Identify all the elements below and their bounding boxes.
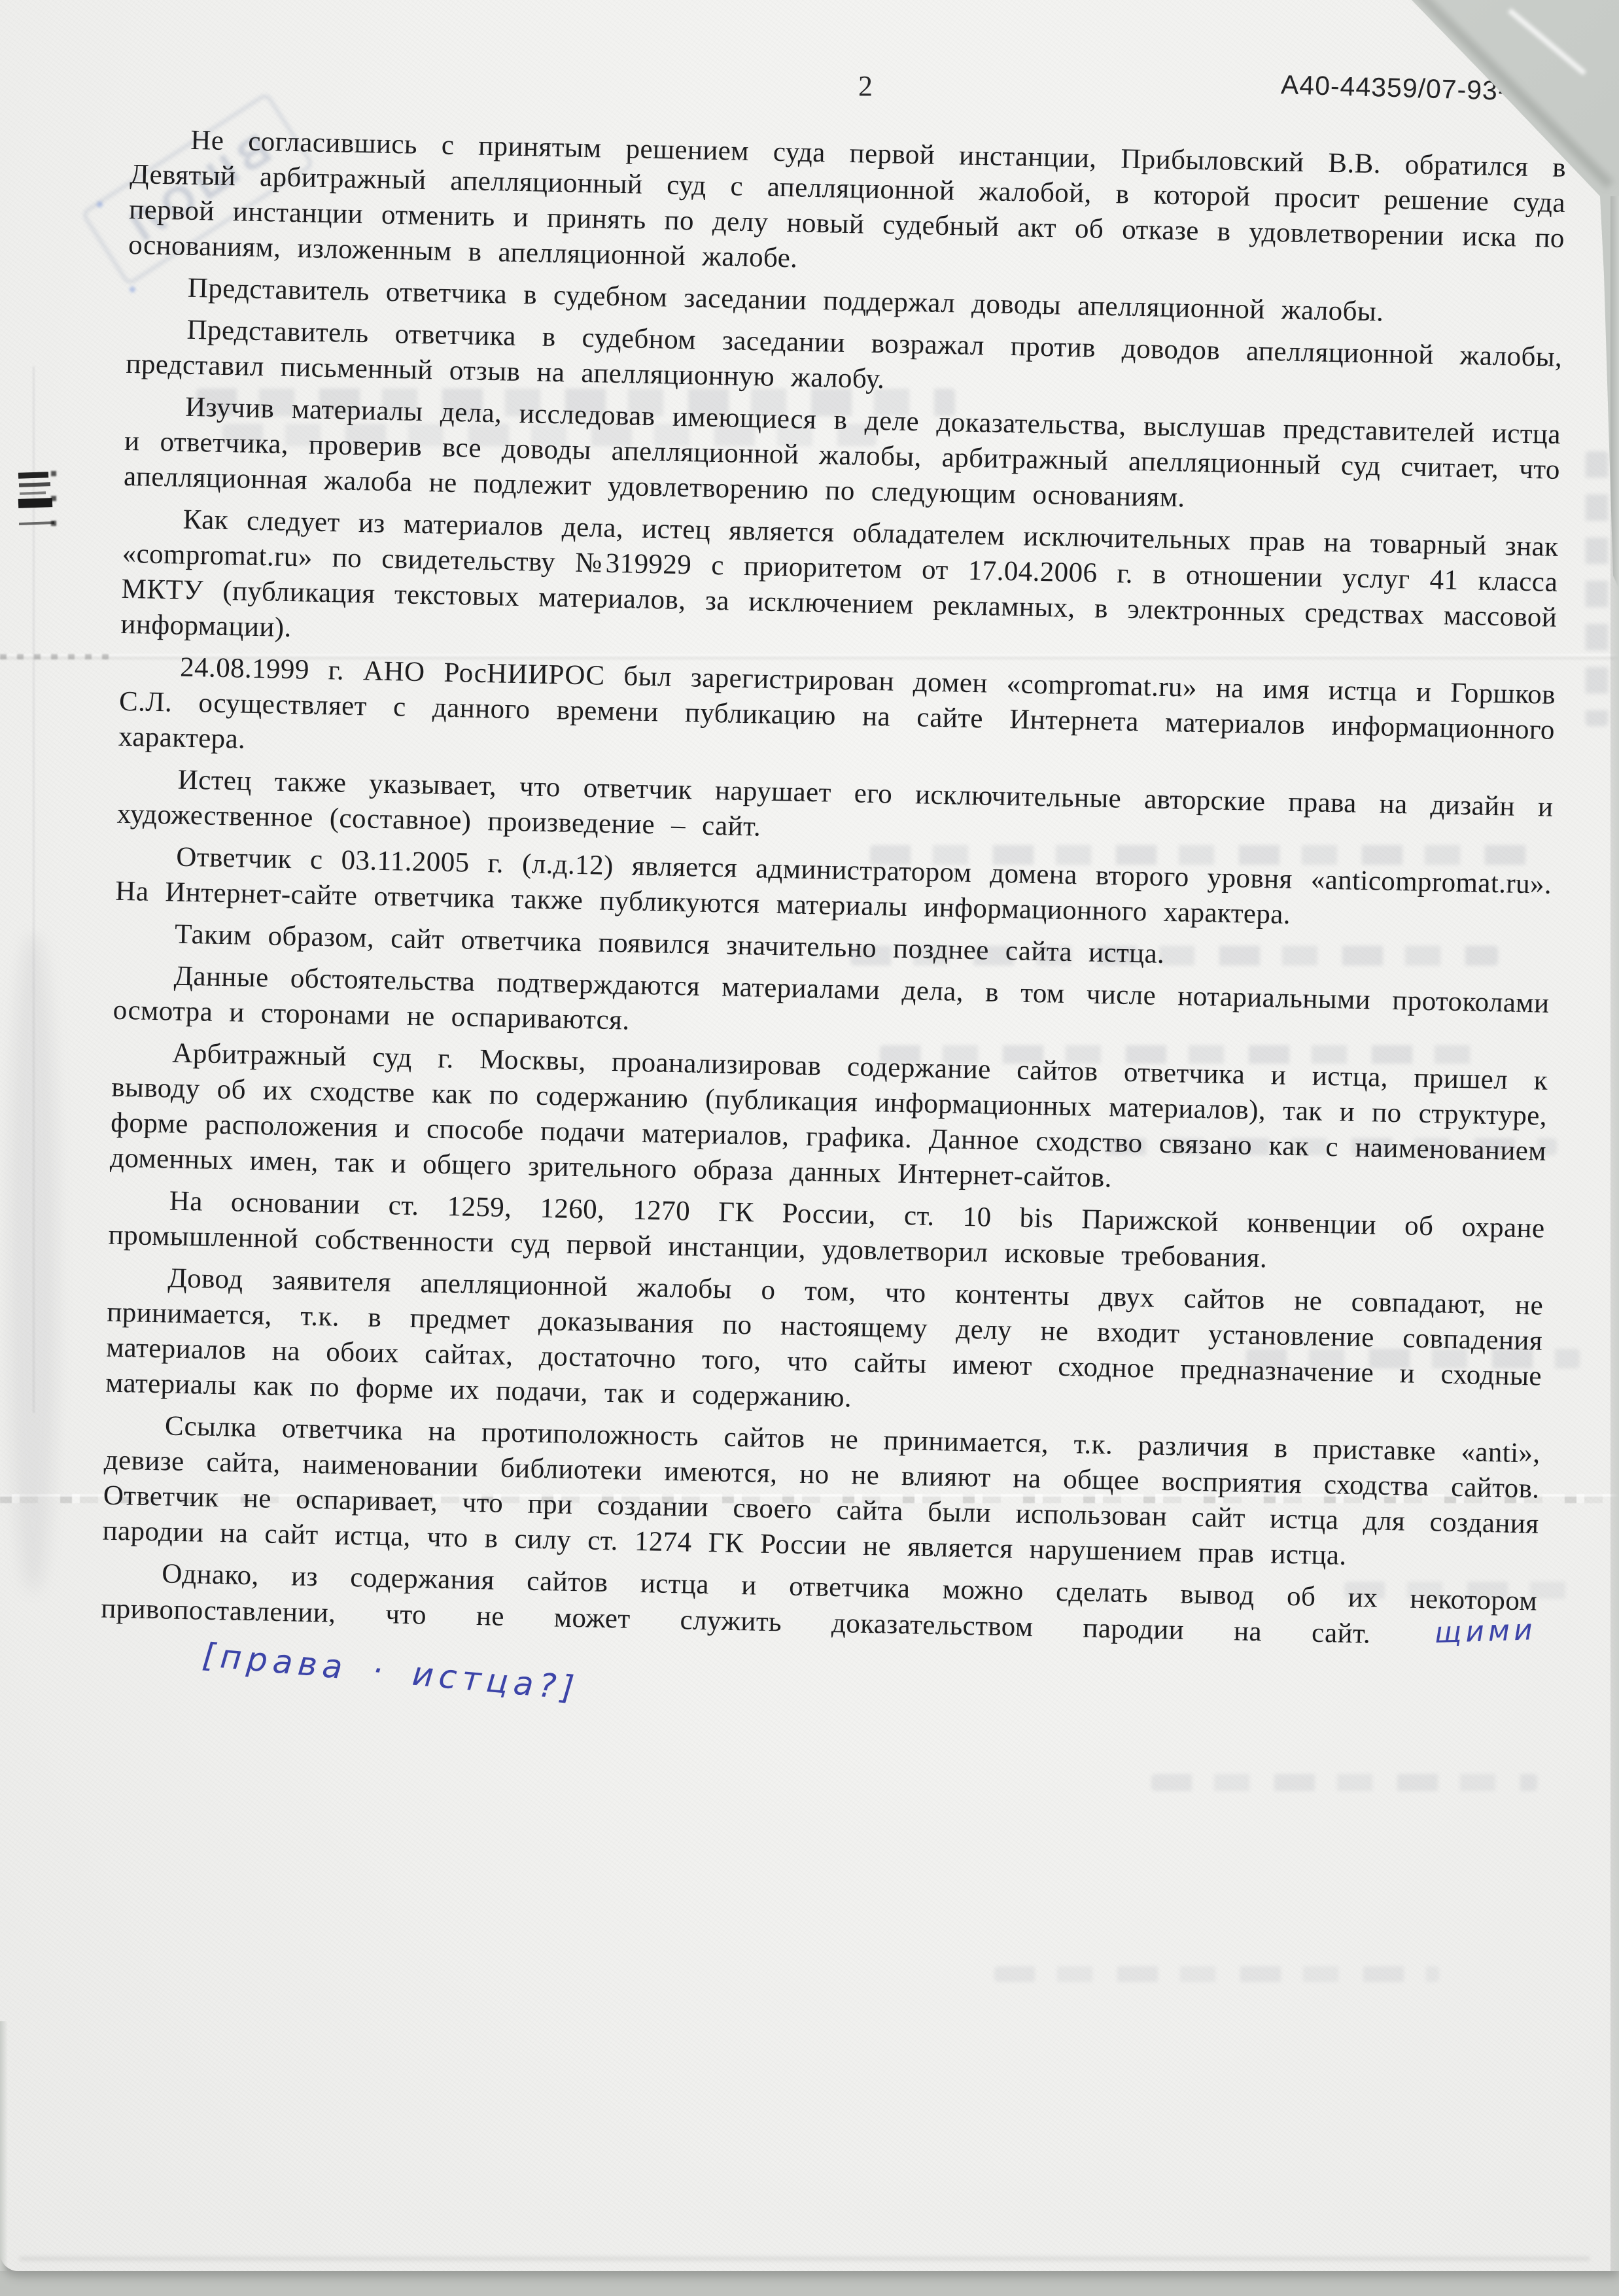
margin-smudge [9,935,58,1590]
binding-mark [20,491,46,495]
paragraph: Не согласившись с принятым решением суда… [128,122,1567,292]
bleed-through-text-line [1151,1774,1537,1791]
binding-mark [18,498,52,508]
binding-mark-dots [51,471,56,530]
page-right-edge [1610,196,1619,2271]
binding-mark [19,521,54,525]
ink-speck [97,201,103,207]
handwritten-annotation-bracket: [права · истца?] [141,1631,580,1706]
paragraph: Как следует из материалов дела, истец яв… [120,501,1559,671]
paragraph: 24.08.1999 г. АНО РосНИИРОС был зарегист… [118,649,1556,784]
paragraph: Однако, из содержания сайтов истца и отв… [100,1556,1538,1694]
binding-mark [18,472,48,479]
paragraph: Довод заявителя апелляционной жалобы о т… [105,1260,1544,1430]
bleed-through-text-column [1586,451,1608,726]
paragraph: Ссылка ответчика на протиположность сайт… [102,1408,1541,1578]
paragraph: Арбитражный суд г. Москвы, проанализиров… [110,1035,1548,1205]
page-bottom-edge-shadow [20,2257,1590,2261]
binding-mark [19,482,50,487]
handwritten-annotation-suffix: щими [1374,1612,1537,1653]
page-number: 2 [858,69,873,103]
document-body-text: Не согласившись с принятым решением суда… [99,122,1566,1700]
bleed-through-text-line [994,1966,1439,1982]
paragraph: Изучив материалы дела, исследовав имеющи… [124,389,1561,523]
page-left-edge [0,2021,8,2271]
fold-crease-tear-marks [0,654,111,659]
scanned-page-sheet: ВШОЛ 2 А40-44359/07-93-440 Не согласивши… [0,0,1619,2271]
